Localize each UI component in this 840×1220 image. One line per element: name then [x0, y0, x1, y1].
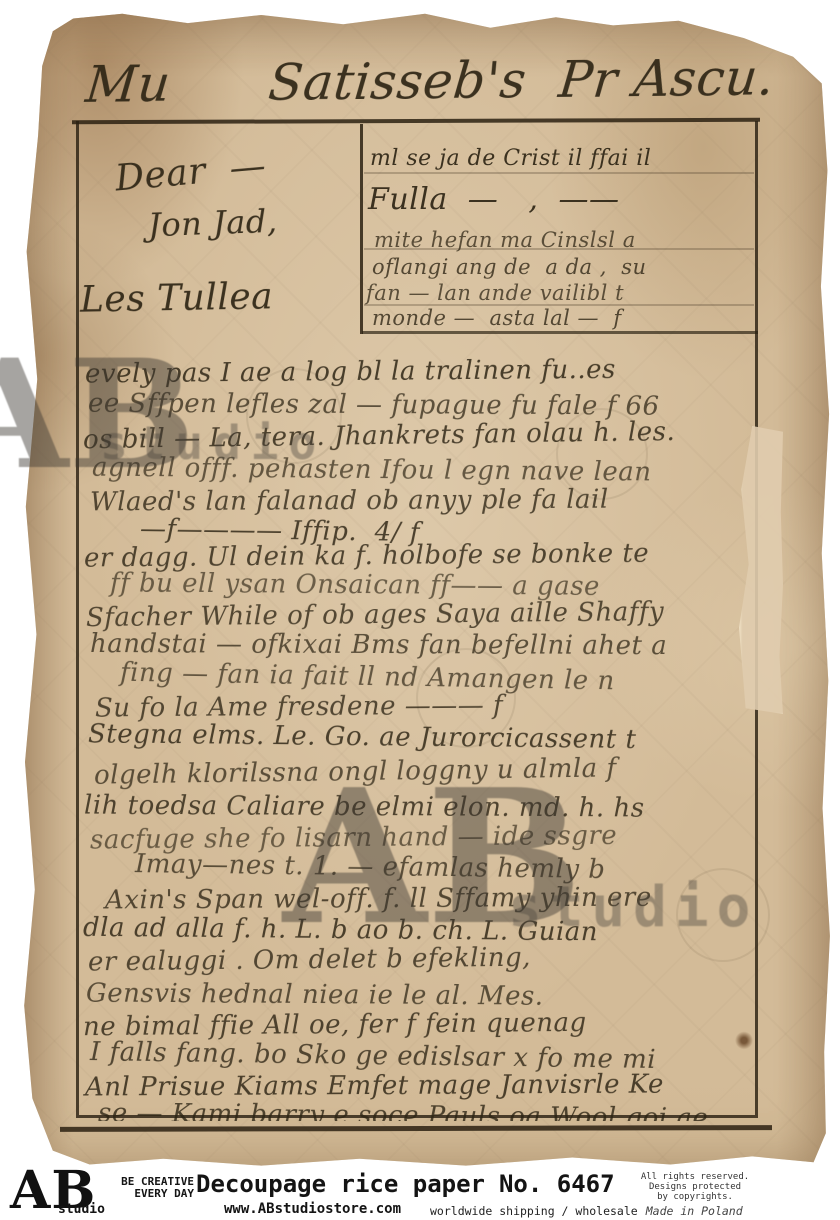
salutation-line: Les Tullea: [80, 276, 274, 320]
header-right-line: fan — lan ande vailibl t: [366, 281, 624, 305]
letter-heading: Mu Satisseb's Pr Ascu.: [83, 48, 777, 113]
salutation-line: Jon Jad,: [147, 202, 278, 244]
product-footer: AB studio BE CREATIVE EVERY DAY Decoupag…: [0, 1168, 840, 1220]
brand-tagline: BE CREATIVE EVERY DAY: [116, 1176, 194, 1200]
product-title: Decoupage rice paperNo. 6467: [196, 1170, 615, 1198]
brand-logo-studio: studio: [58, 1202, 105, 1217]
header-right-line: monde — asta lal — f: [372, 306, 622, 330]
watermark-studio-center: studio: [508, 880, 758, 936]
product-number: No. 6467: [499, 1170, 615, 1198]
header-right-line: ml se ja de Crist il ffai il: [370, 146, 651, 171]
handwriting-line: Sfacher While of ob ages Saya aille Shaf…: [86, 597, 664, 633]
shipping-text: worldwide shipping / wholesale: [430, 1204, 638, 1218]
handwriting-line: Su fo la Ame fresdene ——— f: [95, 691, 503, 724]
handwriting-line: ff bu ell ysan Onsaican ff—— a gase: [110, 568, 600, 601]
header-right-line: Fulla — , ——: [368, 182, 620, 217]
header-right-line: mite hefan ma Cinslsl a: [374, 228, 636, 252]
watermark-studio-left: studio: [100, 420, 326, 466]
website-url: www.ABstudiostore.com: [224, 1201, 401, 1217]
handwriting-line: fing — fan ia fait ll nd Amangen le n: [120, 658, 615, 697]
product-image: Mu Satisseb's Pr Ascu. Dear — Jon Jad, L…: [0, 0, 840, 1220]
header-ruled-line: [364, 172, 754, 174]
handwriting-line: handstai — ofkixai Bms fan befellni ahet…: [90, 629, 667, 661]
product-title-text: Decoupage rice paper: [196, 1170, 485, 1198]
handwriting-line: Gensvis hednal niea ie le al. Mes.: [86, 978, 544, 1011]
header-column-divider: [360, 124, 363, 334]
origin-text: Made in Poland: [646, 1204, 743, 1218]
handwriting-line: se — Kami barry e soce Pauls oa Wool goi…: [98, 1098, 709, 1121]
header-right-line: oflangi ang de a da , su: [372, 255, 647, 279]
shipping-info: worldwide shipping / wholesaleMade in Po…: [430, 1204, 743, 1218]
header-bottom-line: [362, 331, 758, 334]
handwriting-line: Anl Prisue Kiams Emfet mage Janvisrle Ke: [85, 1069, 664, 1102]
rights-notice: All rights reserved. Designs protected b…: [606, 1172, 784, 1202]
